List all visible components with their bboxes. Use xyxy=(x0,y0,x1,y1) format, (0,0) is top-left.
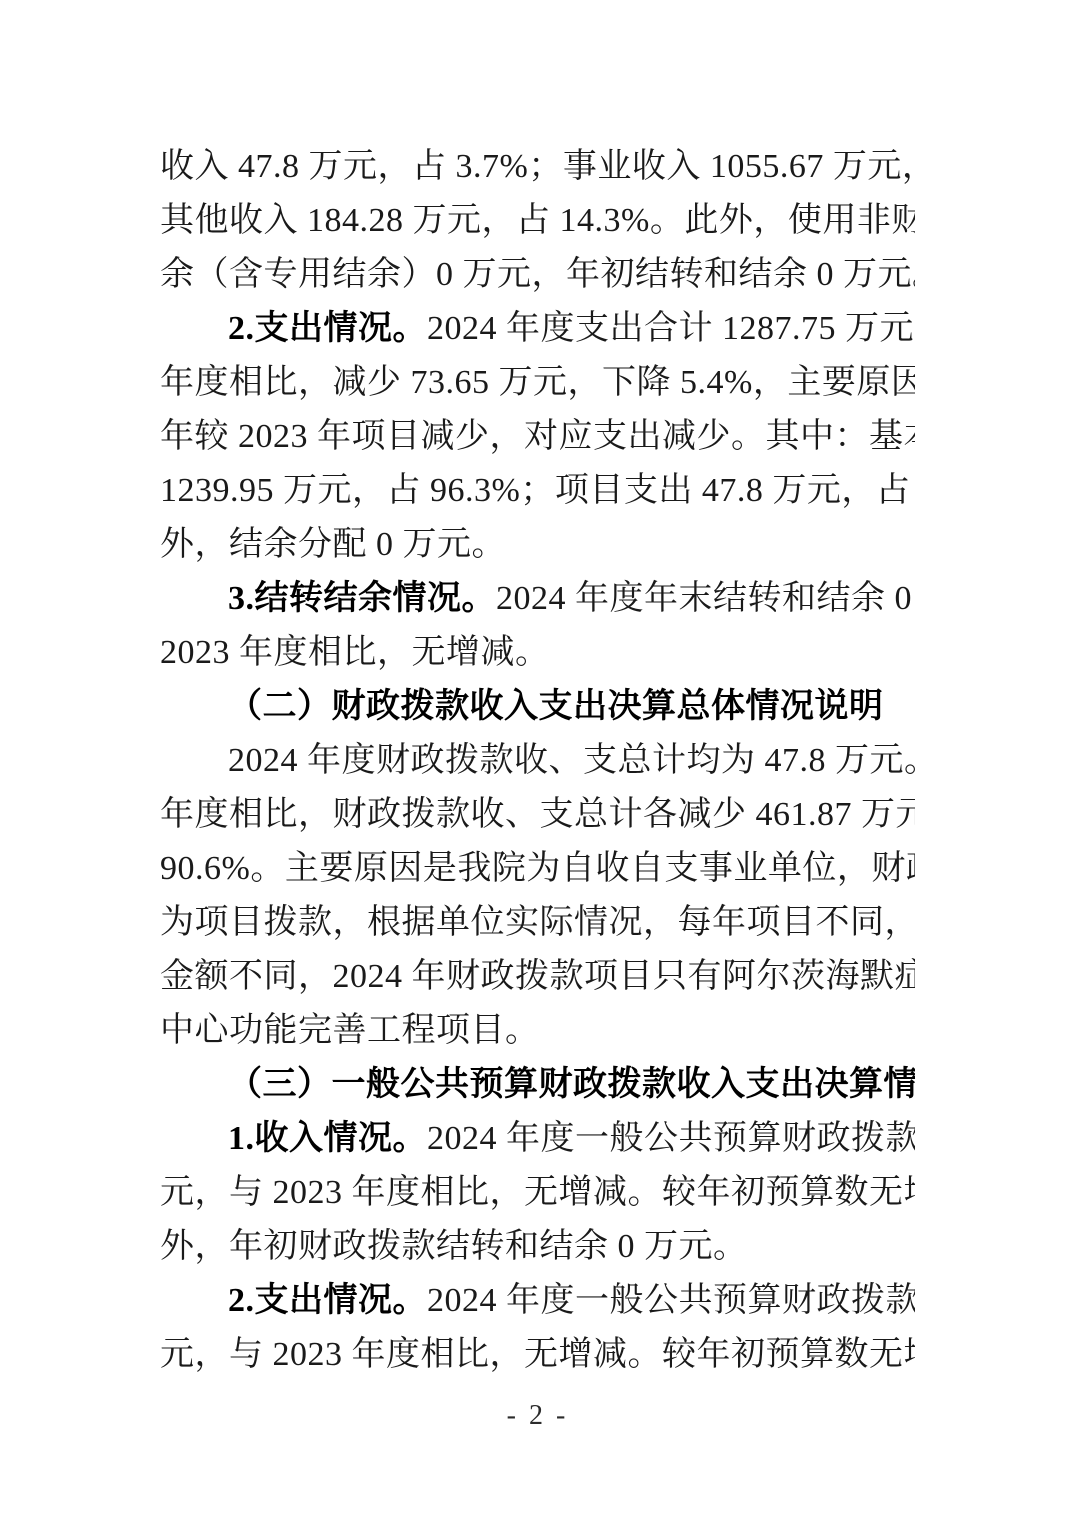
line-text-segment: 2024 年度年末结转和结余 0 万元，与 xyxy=(496,580,915,617)
line-text-segment: 为项目拨款，根据单位实际情况，每年项目不同，项目拨款 xyxy=(160,904,915,941)
section-heading: （三）一般公共预算财政拨款收入支出决算情况说明 xyxy=(160,1058,915,1112)
line-bold-segment: 1.收入情况。 xyxy=(228,1120,427,1157)
text-line: 为项目拨款，根据单位实际情况，每年项目不同，项目拨款 xyxy=(160,896,915,950)
line-text-segment: 2024 年度一般公共预算财政拨款支出 0 万 xyxy=(427,1282,915,1319)
line-bold-segment: 3.结转结余情况。 xyxy=(228,580,496,617)
line-text-segment: 外，年初财政拨款结转和结余 0 万元。 xyxy=(160,1228,748,1265)
line-bold-segment: 2.支出情况。 xyxy=(228,1282,427,1319)
text-line: 金额不同，2024 年财政拨款项目只有阿尔茨海默症老人照护 xyxy=(160,950,915,1004)
document-page: 收入 47.8 万元，占 3.7%；事业收入 1055.67 万元，占 82.0… xyxy=(0,0,1075,1520)
line-text-segment: 90.6%。主要原因是我院为自收自支事业单位，财政拨款均 xyxy=(160,850,915,887)
line-text-segment: 金额不同，2024 年财政拨款项目只有阿尔茨海默症老人照护 xyxy=(160,958,915,995)
text-line: 元，与 2023 年度相比，无增减。较年初预算数无增减。 xyxy=(160,1328,915,1382)
line-bold-segment: （三）一般公共预算财政拨款收入支出决算情况说明 xyxy=(228,1066,915,1103)
line-text-segment: 外，结余分配 0 万元。 xyxy=(160,526,506,563)
text-line: 年较 2023 年项目减少，对应支出减少。其中：基本支出 xyxy=(160,410,915,464)
text-line: 外，年初财政拨款结转和结余 0 万元。 xyxy=(160,1220,915,1274)
document-body: 收入 47.8 万元，占 3.7%；事业收入 1055.67 万元，占 82.0… xyxy=(160,140,915,1382)
text-line: 2023 年度相比，无增减。 xyxy=(160,626,915,680)
line-text-segment: 元，与 2023 年度相比，无增减。较年初预算数无增减。此 xyxy=(160,1174,915,1211)
text-line: 年度相比，财政拨款收、支总计各减少 461.87 万元，下降 xyxy=(160,788,915,842)
line-text-segment: 1239.95 万元，占 96.3%；项目支出 47.8 万元，占 3.7%。此 xyxy=(160,472,915,509)
line-text-segment: 元，与 2023 年度相比，无增减。较年初预算数无增减。 xyxy=(160,1336,915,1373)
text-line: 2.支出情况。2024 年度一般公共预算财政拨款支出 0 万 xyxy=(160,1274,915,1328)
line-text-segment: 其他收入 184.28 万元，占 14.3%。此外，使用非财政拨款结 xyxy=(160,202,915,239)
page-number: - 2 - xyxy=(0,1396,1075,1436)
text-line: 90.6%。主要原因是我院为自收自支事业单位，财政拨款均 xyxy=(160,842,915,896)
text-line: 1.收入情况。2024 年度一般公共预算财政拨款收入 0 万 xyxy=(160,1112,915,1166)
line-text-segment: 中心功能完善工程项目。 xyxy=(160,1012,540,1049)
text-line: 1239.95 万元，占 96.3%；项目支出 47.8 万元，占 3.7%。此 xyxy=(160,464,915,518)
text-line: 元，与 2023 年度相比，无增减。较年初预算数无增减。此 xyxy=(160,1166,915,1220)
text-line: 3.结转结余情况。2024 年度年末结转和结余 0 万元，与 xyxy=(160,572,915,626)
text-line: 收入 47.8 万元，占 3.7%；事业收入 1055.67 万元，占 82.0… xyxy=(160,140,915,194)
text-line: 外，结余分配 0 万元。 xyxy=(160,518,915,572)
line-bold-segment: （二）财政拨款收入支出决算总体情况说明 xyxy=(228,688,884,725)
text-line: 2.支出情况。2024 年度支出合计 1287.75 万元，与 2023 xyxy=(160,302,915,356)
text-line: 其他收入 184.28 万元，占 14.3%。此外，使用非财政拨款结 xyxy=(160,194,915,248)
line-text-segment: 年度相比，财政拨款收、支总计各减少 461.87 万元，下降 xyxy=(160,796,915,833)
text-line: 中心功能完善工程项目。 xyxy=(160,1004,915,1058)
line-text-segment: 2023 年度相比，无增减。 xyxy=(160,634,550,671)
line-text-segment: 年度相比，减少 73.65 万元，下降 5.4%，主要原因是 2024 xyxy=(160,364,915,401)
line-text-segment: 2024 年度财政拨款收、支总计均为 47.8 万元。与 2023 xyxy=(228,742,915,779)
line-text-segment: 2024 年度支出合计 1287.75 万元，与 2023 xyxy=(427,310,915,347)
section-heading: （二）财政拨款收入支出决算总体情况说明 xyxy=(160,680,915,734)
line-text-segment: 收入 47.8 万元，占 3.7%；事业收入 1055.67 万元，占 82.0… xyxy=(160,148,915,185)
line-text-segment: 2024 年度一般公共预算财政拨款收入 0 万 xyxy=(427,1120,915,1157)
text-line: 年度相比，减少 73.65 万元，下降 5.4%，主要原因是 2024 xyxy=(160,356,915,410)
text-line: 余（含专用结余）0 万元，年初结转和结余 0 万元。 xyxy=(160,248,915,302)
line-text-segment: 年较 2023 年项目减少，对应支出减少。其中：基本支出 xyxy=(160,418,915,455)
text-line: 2024 年度财政拨款收、支总计均为 47.8 万元。与 2023 xyxy=(160,734,915,788)
line-bold-segment: 2.支出情况。 xyxy=(228,310,427,347)
line-text-segment: 余（含专用结余）0 万元，年初结转和结余 0 万元。 xyxy=(160,256,915,293)
